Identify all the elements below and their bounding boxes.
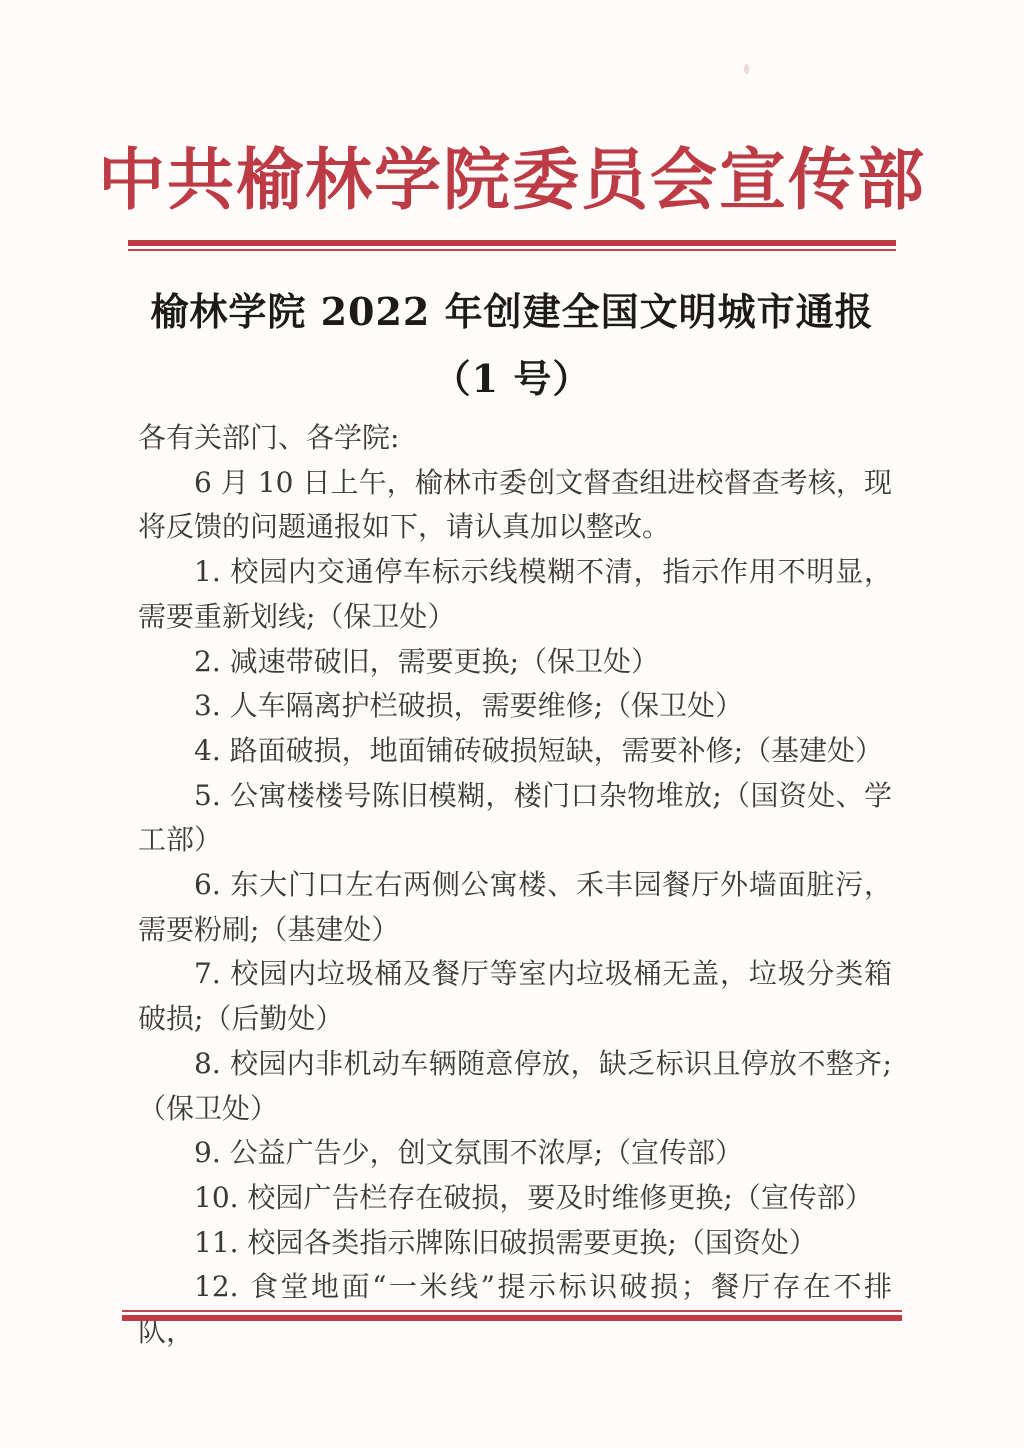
scan-artifact-speck — [744, 64, 749, 74]
document-title: 榆林学院 2022 年创建全国文明城市通报 （1 号） — [0, 278, 1024, 412]
issue-item-5: 5. 公寓楼楼号陈旧模糊，楼门口杂物堆放;（国资处、学工部） — [138, 774, 892, 863]
intro-paragraph: 6 月 10 日上午，榆林市委创文督查组进校督查考核，现将反馈的问题通报如下，请… — [138, 461, 892, 550]
footer-separator-line — [122, 1310, 902, 1321]
issue-item-3: 3. 人车隔离护栏破损，需要维修;（保卫处） — [138, 684, 892, 729]
letterhead-separator-line — [128, 240, 896, 251]
issue-item-2: 2. 减速带破旧，需要更换;（保卫处） — [138, 640, 892, 685]
issue-item-8: 8. 校园内非机动车辆随意停放，缺乏标识且停放不整齐;（保卫处） — [138, 1042, 892, 1131]
document-page: 中共榆林学院委员会宣传部 榆林学院 2022 年创建全国文明城市通报 （1 号）… — [0, 0, 1024, 1448]
document-body: 各有关部门、各学院: 6 月 10 日上午，榆林市委创文督查组进校督查考核，现将… — [138, 416, 892, 1355]
issue-item-4: 4. 路面破损，地面铺砖破损短缺，需要补修;（基建处） — [138, 729, 892, 774]
issue-item-11: 11. 校园各类指示牌陈旧破损需要更换;（国资处） — [138, 1221, 892, 1266]
document-title-line1: 榆林学院 2022 年创建全国文明城市通报 — [0, 278, 1024, 345]
separator-thin-bar — [128, 249, 896, 251]
issue-item-7: 7. 校园内垃圾桶及餐厅等室内垃圾桶无盖，垃圾分类箱破损;（后勤处） — [138, 952, 892, 1041]
letterhead-org-name: 中共榆林学院委员会宣传部 — [0, 128, 1024, 232]
salutation: 各有关部门、各学院: — [138, 416, 892, 461]
issue-item-9: 9. 公益广告少，创文氛围不浓厚;（宣传部） — [138, 1131, 892, 1176]
issue-item-1: 1. 校园内交通停车标示线模糊不清，指示作用不明显，需要重新划线;（保卫处） — [138, 550, 892, 639]
footer-thick-bar — [122, 1315, 902, 1321]
issue-item-6: 6. 东大门口左右两侧公寓楼、禾丰园餐厅外墙面脏污，需要粉刷;（基建处） — [138, 863, 892, 952]
document-title-line2: （1 号） — [0, 345, 1024, 412]
issue-item-10: 10. 校园广告栏存在破损，要及时维修更换;（宣传部） — [138, 1176, 892, 1221]
